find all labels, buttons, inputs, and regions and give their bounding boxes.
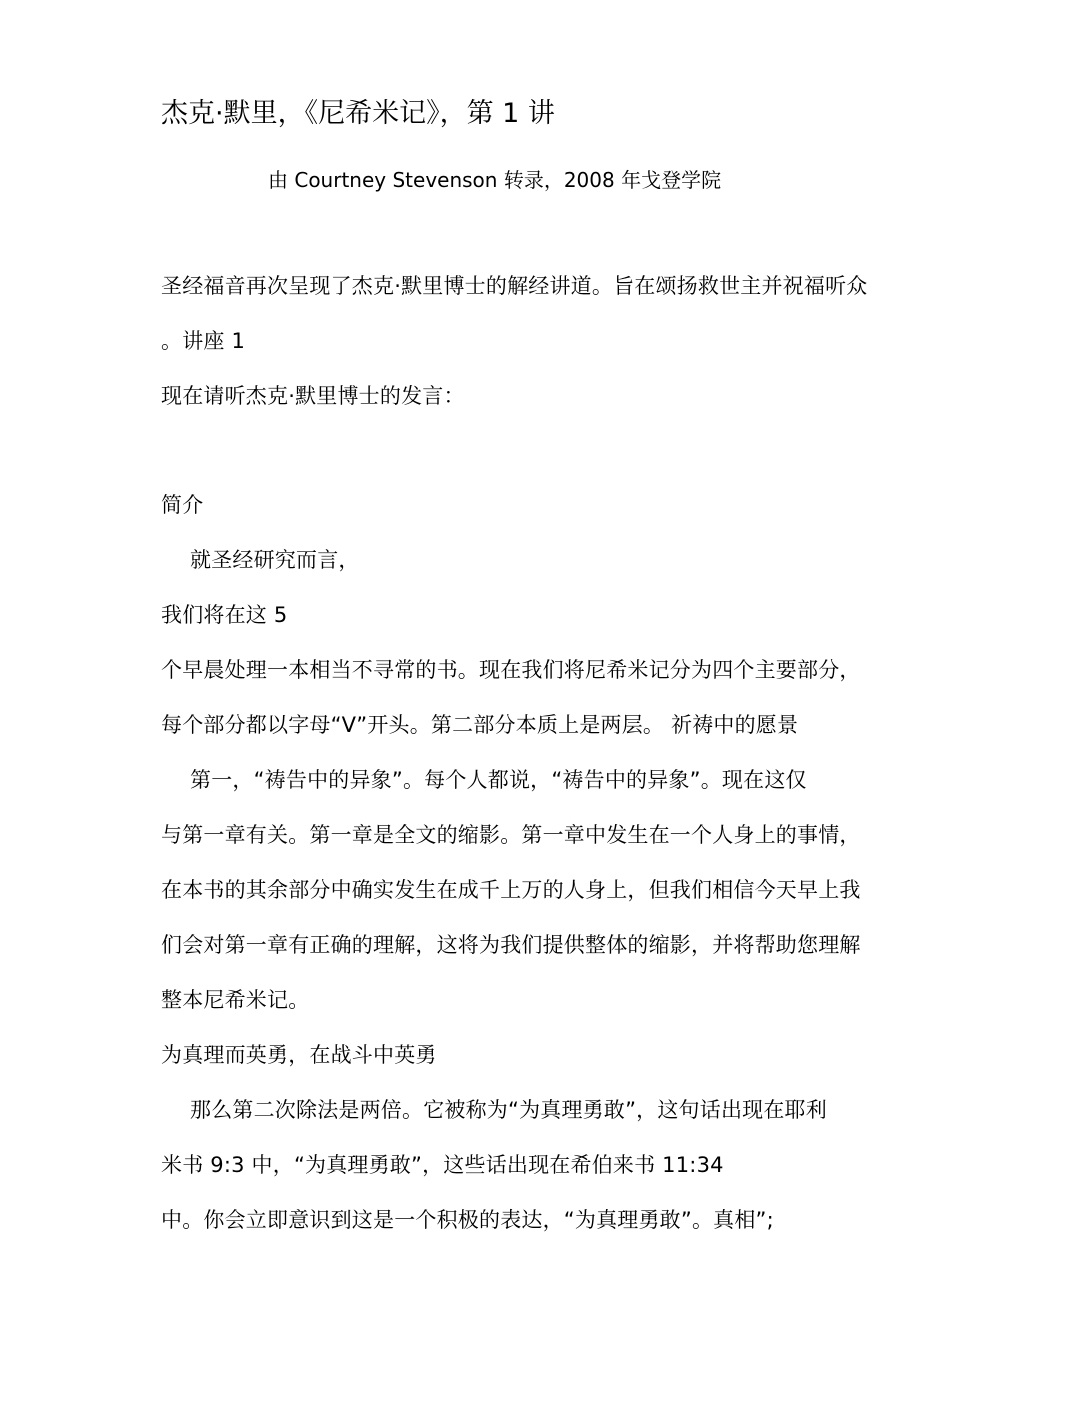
body-paragraph-line: 那么第二次除法是两倍。它被称为“为真理勇敢”，这句话出现在耶利 [190,1096,827,1124]
speaker-intro-line: 现在请听杰克·默里博士的发言： [161,382,465,410]
document-subtitle: 由 Courtney Stevenson 转录，2008 年戈登学院 [268,166,721,194]
body-paragraph-line: 个早晨处理一本相当不寻常的书。现在我们将尼希米记分为四个主要部分， [161,656,861,684]
document-title: 杰克·默里，《尼希米记》，第 1 讲 [161,97,555,131]
section-heading-valiant: 为真理而英勇，在战斗中英勇 [161,1041,437,1069]
body-paragraph-line: 我们将在这 5 [161,601,287,629]
body-paragraph-line: 每个部分都以字母“V”开头。第二部分本质上是两层。 祈祷中的愿景 [161,711,798,739]
body-paragraph-line: 在本书的其余部分中确实发生在成千上万的人身上，但我们相信今天早上我 [161,876,861,904]
section-heading-introduction: 简介 [161,491,203,519]
document-page: 杰克·默里，《尼希米记》，第 1 讲 由 Courtney Stevenson … [0,0,1088,1404]
body-paragraph-line: 整本尼希米记。 [161,986,309,1014]
body-paragraph-line: 们会对第一章有正确的理解，这将为我们提供整体的缩影，并将帮助您理解 [161,931,861,959]
intro-paragraph-line: 。讲座 1 [161,327,245,355]
body-paragraph-line: 与第一章有关。第一章是全文的缩影。第一章中发生在一个人身上的事情， [161,821,861,849]
body-paragraph-line: 第一，“祷告中的异象”。每个人都说，“祷告中的异象”。现在这仅 [190,766,807,794]
intro-paragraph-line: 圣经福音再次呈现了杰克·默里博士的解经讲道。旨在颂扬救世主并祝福听众 [161,272,867,300]
body-paragraph-line: 米书 9:3 中，“为真理勇敢”，这些话出现在希伯来书 11:34 [161,1151,724,1179]
body-paragraph-line: 就圣经研究而言， [190,546,360,574]
body-paragraph-line: 中。你会立即意识到这是一个积极的表达，“为真理勇敢”。真相”; [161,1206,774,1234]
